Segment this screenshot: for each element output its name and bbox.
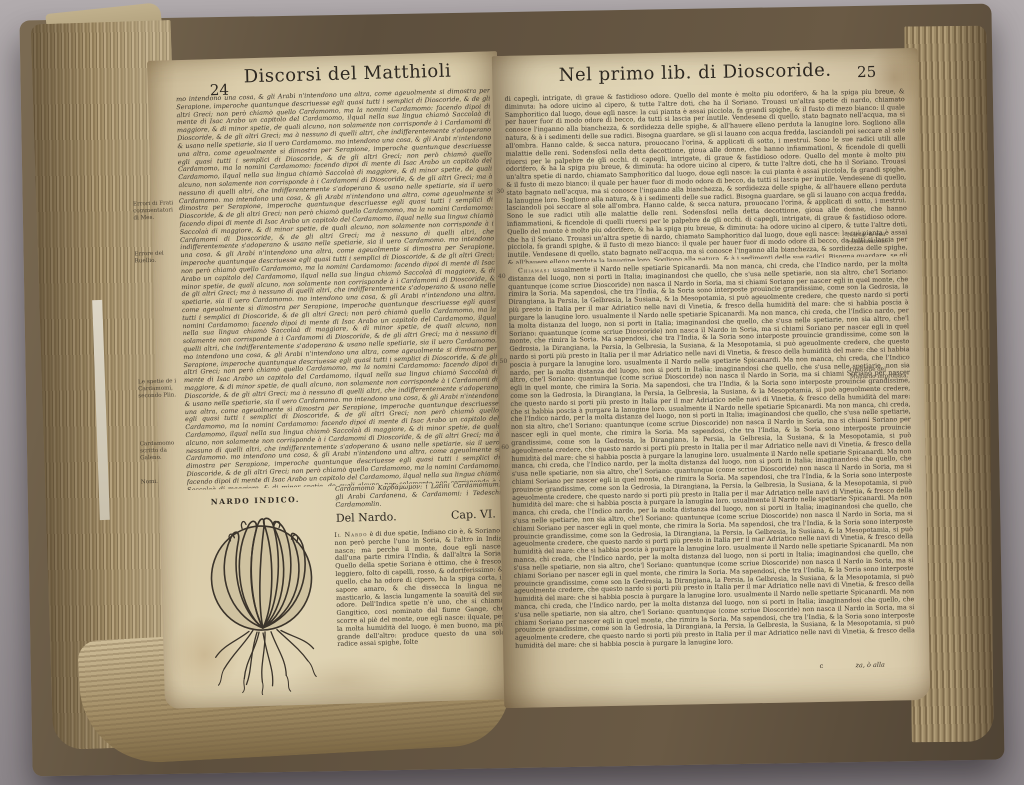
running-title-left: Discorsi del Matthioli: [207, 60, 487, 89]
left-page: 24 Discorsi del Matthioli mo intendono u…: [147, 51, 515, 709]
line-number: 60: [501, 444, 509, 451]
right-page: Nel primo lib. di Dioscoride. 25 di cape…: [492, 48, 930, 708]
right-body-paragraph-2: Chiamasi usualmente il Nardo nelle speti…: [508, 260, 915, 660]
chapter-heading-title: Del Nardo.: [336, 510, 397, 525]
margin-note: Errore del Ruellio.: [134, 250, 180, 265]
margin-note: Le spetie de i Cardamomi, secondo Plin.: [138, 378, 185, 400]
signature-mark: c: [819, 662, 823, 670]
line-number: 40: [498, 273, 506, 280]
margin-note: Nomi.: [141, 478, 187, 486]
margin-note: Opinione del Manardo improbata.: [850, 366, 912, 381]
paragraph-body: usualmente il Nardo nelle spetiarie Spic…: [508, 260, 915, 650]
chapter-heading: Del Nardo. Cap. VI.: [336, 507, 496, 524]
page-number-right: 25: [857, 63, 876, 81]
left-body-text: mo intendono una cosa, & gli Arabi n'int…: [176, 87, 501, 490]
figure-caption: NARDO INDICO.: [181, 494, 329, 507]
chapter-heading-number: Cap. VI.: [451, 507, 496, 521]
photo-of-open-antique-book: 24 Discorsi del Matthioli mo intendono u…: [0, 0, 1024, 785]
spikenard-woodcut: [190, 508, 335, 697]
margin-note: Errori di Frati commentatori di Mes.: [133, 200, 180, 222]
line-number: 30: [496, 188, 504, 195]
chapter-body: è di due spetie, Indiano cio è, & Sorian…: [334, 527, 505, 648]
running-title-right: Nel primo lib. di Dioscoride.: [532, 59, 858, 86]
line-number: 50: [500, 358, 508, 365]
chapter-text: Il Nardo è di due spetie, Indiano cio è,…: [334, 527, 506, 682]
nomi-text: Cardamomo Καρδάμωμον: i Latini Cardamomu…: [335, 481, 502, 508]
catchword: za, ò alla: [855, 661, 884, 670]
margin-note: Cardamomo scritto da Galeno.: [140, 440, 187, 462]
margin-note: Nardo, & sua essaminatione.: [847, 231, 909, 246]
